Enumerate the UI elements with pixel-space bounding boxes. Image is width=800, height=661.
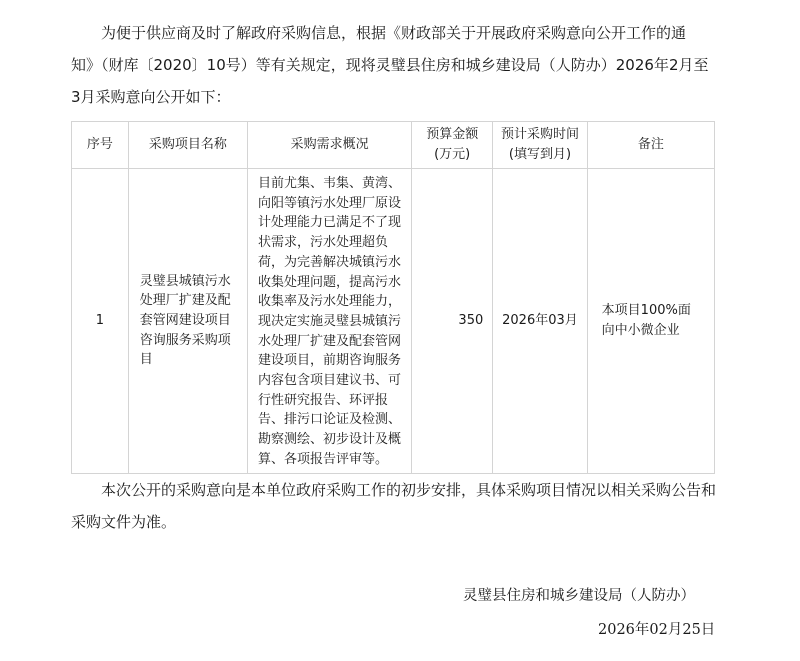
table-row: 1 灵璧县城镇污水处理厂扩建及配套管网建设项目咨询服务采购项目 目前尤集、韦集、… xyxy=(72,169,715,474)
header-budget-line2: (万元) xyxy=(412,145,492,165)
cell-requirement-summary: 目前尤集、韦集、黄湾、向阳等镇污水处理厂原设计处理能力已满足不了现状需求，污水处… xyxy=(248,169,412,474)
header-project-name: 采购项目名称 xyxy=(128,122,247,169)
header-budget: 预算金额 (万元) xyxy=(412,122,493,169)
header-seq: 序号 xyxy=(72,122,129,169)
table-header-row: 序号 采购项目名称 采购需求概况 预算金额 (万元) 预计采购时间 (填写到月)… xyxy=(72,122,715,169)
signature-organization: 灵璧县住房和城乡建设局（人防办） xyxy=(463,584,695,605)
cell-seq: 1 xyxy=(72,169,129,474)
closing-paragraph: 本次公开的采购意向是本单位政府采购工作的初步安排，具体采购项目情况以相关采购公告… xyxy=(71,474,716,538)
cell-project-name: 灵璧县城镇污水处理厂扩建及配套管网建设项目咨询服务采购项目 xyxy=(128,169,247,474)
header-requirement-summary: 采购需求概况 xyxy=(248,122,412,169)
cell-budget: 350 xyxy=(412,169,493,474)
header-procurement-time: 预计采购时间 (填写到月) xyxy=(493,122,587,169)
cell-remarks: 本项目100%面向中小微企业 xyxy=(587,169,714,474)
intro-paragraph: 为便于供应商及时了解政府采购信息，根据《财政部关于开展政府采购意向公开工作的通知… xyxy=(71,17,716,113)
header-remarks: 备注 xyxy=(587,122,714,169)
cell-procurement-time: 2026年03月 xyxy=(493,169,587,474)
header-budget-line1: 预算金额 xyxy=(412,125,492,145)
header-time-line2: (填写到月) xyxy=(493,145,586,165)
signature-date: 2026年02月25日 xyxy=(598,618,715,639)
header-time-line1: 预计采购时间 xyxy=(493,125,586,145)
procurement-table: 序号 采购项目名称 采购需求概况 预算金额 (万元) 预计采购时间 (填写到月)… xyxy=(71,121,715,474)
